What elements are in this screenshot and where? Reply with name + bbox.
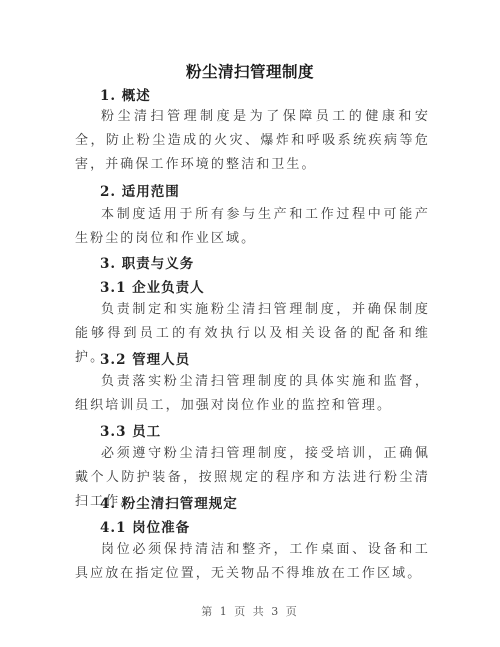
page-number-footer: 第 1 页 共 3 页 bbox=[0, 603, 500, 619]
document-page: 粉尘清扫管理制度 1. 概述 粉尘清扫管理制度是为了保障员工的健康和安全，防止粉… bbox=[0, 0, 500, 647]
section-heading-scope: 2. 适用范围 bbox=[100, 180, 180, 200]
document-title: 粉尘清扫管理制度 bbox=[0, 60, 500, 82]
section-heading-enterprise-leader: 3.1 企业负责人 bbox=[100, 276, 205, 296]
section-heading-post-preparation: 4.1 岗位准备 bbox=[100, 516, 190, 536]
section-paragraph-scope: 本制度适用于所有参与生产和工作过程中可能产生粉尘的岗位和作业区域。 bbox=[75, 203, 430, 251]
section-heading-managers: 3.2 管理人员 bbox=[100, 348, 190, 368]
section-heading-overview: 1. 概述 bbox=[100, 84, 151, 104]
section-paragraph-post-preparation: 岗位必须保持清洁和整齐，工作桌面、设备和工具应放在指定位置，无关物品不得堆放在工… bbox=[75, 538, 430, 586]
section-heading-employees: 3.3 员工 bbox=[100, 420, 161, 440]
section-paragraph-managers: 负责落实粉尘清扫管理制度的具体实施和监督，组织培训员工，加强对岗位作业的监控和管… bbox=[75, 370, 430, 418]
section-heading-responsibilities: 3. 职责与义务 bbox=[100, 252, 194, 272]
section-heading-cleaning-rules: 4. 粉尘清扫管理规定 bbox=[100, 492, 238, 512]
section-paragraph-overview: 粉尘清扫管理制度是为了保障员工的健康和安全，防止粉尘造成的火灾、爆炸和呼吸系统疾… bbox=[75, 105, 430, 177]
